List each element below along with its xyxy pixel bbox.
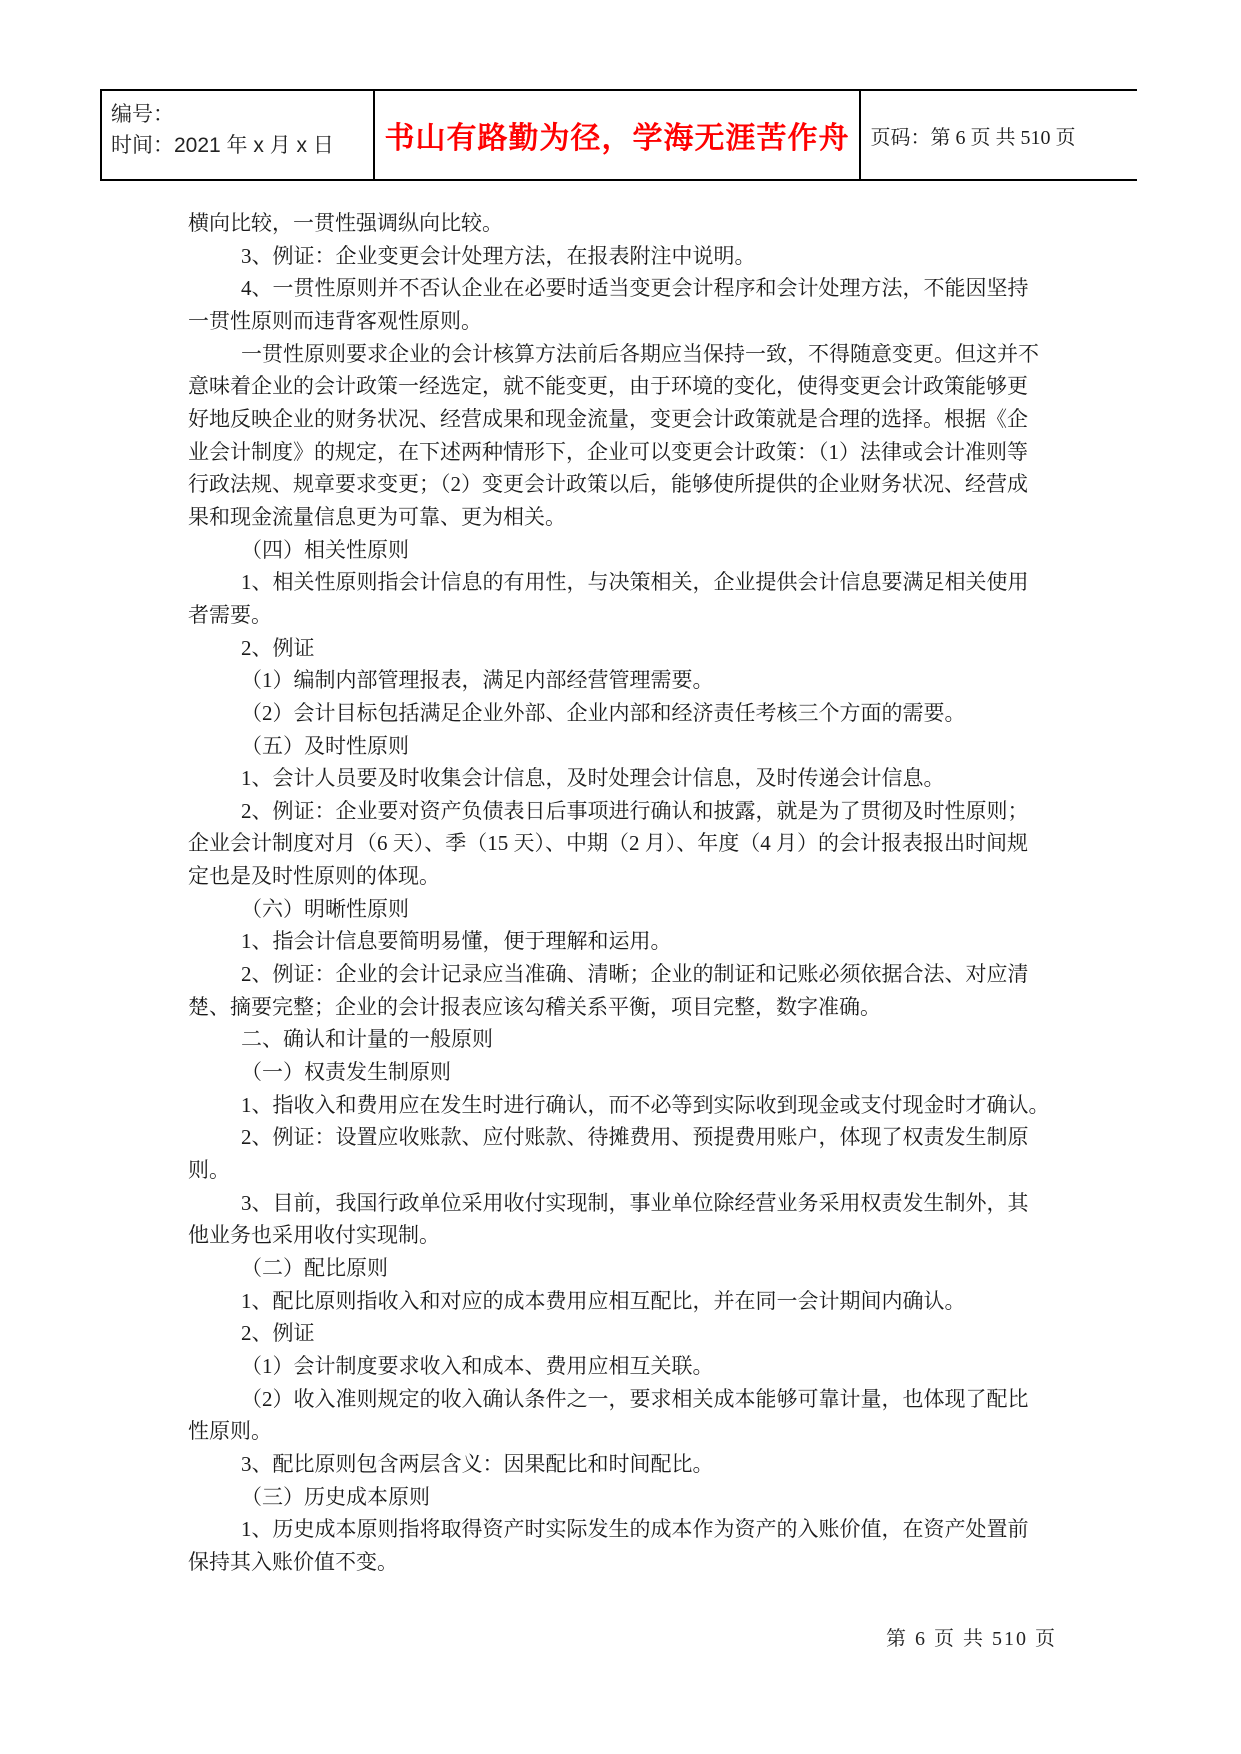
body-line: 1、指会计信息要简明易懂，便于理解和运用。 <box>188 925 1074 958</box>
body-line: 1、会计人员要及时收集会计信息，及时处理会计信息，及时传递会计信息。 <box>188 762 1074 795</box>
body-line: （五）及时性原则 <box>188 730 1074 763</box>
header-page-cell: 页码：第 6 页 共 510 页 <box>859 91 1137 179</box>
body-line: 一贯性原则要求企业的会计核算方法前后各期应当保持一致，不得随意变更。但这并不 <box>188 338 1074 371</box>
body-line: （二）配比原则 <box>188 1252 1074 1285</box>
body-line: 3、配比原则包含两层含义：因果配比和时间配比。 <box>188 1448 1074 1481</box>
body-line: 意味着企业的会计政策一经选定，就不能变更，由于环境的变化，使得变更会计政策能够更 <box>188 370 1074 403</box>
body-line: 性原则。 <box>188 1415 1074 1448</box>
body-line: 者需要。 <box>188 599 1074 632</box>
header-id-cell: 编号： 时间：2021 年 x 月 x 日 <box>102 91 373 179</box>
body-line: 企业会计制度对月（6 天）、季（15 天）、中期（2 月）、年度（4 月）的会计… <box>188 827 1074 860</box>
body-line: 保持其入账价值不变。 <box>188 1546 1074 1579</box>
body-line: （一）权责发生制原则 <box>188 1056 1074 1089</box>
body-line: 3、目前，我国行政单位采用收付实现制，事业单位除经营业务采用权责发生制外，其 <box>188 1187 1074 1220</box>
body-line: 果和现金流量信息更为可靠、更为相关。 <box>188 501 1074 534</box>
document-page: { "header": { "slogan_color": "#fe0000",… <box>0 0 1241 1754</box>
page-number-label: 页码：第 6 页 共 510 页 <box>871 121 1076 150</box>
header-slogan-cell: 书山有路勤为径，学海无涯苦作舟 <box>373 91 858 179</box>
body-line: 二、确认和计量的一般原则 <box>188 1023 1074 1056</box>
body-line: 业会计制度》的规定，在下述两种情形下，企业可以变更会计政策：（1）法律或会计准则… <box>188 436 1074 469</box>
body-line: 他业务也采用收付实现制。 <box>188 1219 1074 1252</box>
body-line: 一贯性原则而违背客观性原则。 <box>188 305 1074 338</box>
body-line: （2）收入准则规定的收入确认条件之一，要求相关成本能够可靠计量，也体现了配比 <box>188 1383 1074 1416</box>
body-line: 4、一贯性原则并不否认企业在必要时适当变更会计程序和会计处理方法，不能因坚持 <box>188 272 1074 305</box>
body-line: （2）会计目标包括满足企业外部、企业内部和经济责任考核三个方面的需要。 <box>188 697 1074 730</box>
body-line: （三）历史成本原则 <box>188 1481 1074 1514</box>
body-line: 横向比较，一贯性强调纵向比较。 <box>188 207 1074 240</box>
body-line: 1、指收入和费用应在发生时进行确认，而不必等到实际收到现金或支付现金时才确认。 <box>188 1089 1074 1122</box>
body-line: 1、历史成本原则指将取得资产时实际发生的成本作为资产的入账价值，在资产处置前 <box>188 1513 1074 1546</box>
body-line: 3、例证：企业变更会计处理方法，在报表附注中说明。 <box>188 240 1074 273</box>
body-line: 则。 <box>188 1154 1074 1187</box>
body-line: 2、例证 <box>188 632 1074 665</box>
body-line: 定也是及时性原则的体现。 <box>188 860 1074 893</box>
body-line: （四）相关性原则 <box>188 534 1074 567</box>
body-line: 2、例证：设置应收账款、应付账款、待摊费用、预提费用账户，体现了权责发生制原 <box>188 1121 1074 1154</box>
body-line: （1）编制内部管理报表，满足内部经营管理需要。 <box>188 664 1074 697</box>
footer-page-number: 第 6 页 共 510 页 <box>188 1622 1057 1651</box>
body-line: 1、相关性原则指会计信息的有用性，与决策相关，企业提供会计信息要满足相关使用 <box>188 566 1074 599</box>
header-table: 编号： 时间：2021 年 x 月 x 日 书山有路勤为径，学海无涯苦作舟 页码… <box>100 89 1137 181</box>
body-line: 2、例证 <box>188 1317 1074 1350</box>
document-body: 横向比较，一贯性强调纵向比较。3、例证：企业变更会计处理方法，在报表附注中说明。… <box>188 207 1074 1579</box>
body-line: 1、配比原则指收入和对应的成本费用应相互配比，并在同一会计期间内确认。 <box>188 1285 1074 1318</box>
body-line: 2、例证：企业要对资产负债表日后事项进行确认和披露，就是为了贯彻及时性原则； <box>188 795 1074 828</box>
body-line: （1）会计制度要求收入和成本、费用应相互关联。 <box>188 1350 1074 1383</box>
body-line: （六）明晰性原则 <box>188 893 1074 926</box>
doc-number-label: 编号： <box>111 99 373 130</box>
doc-date-label: 时间：2021 年 x 月 x 日 <box>111 130 373 161</box>
body-line: 楚、摘要完整；企业的会计报表应该勾稽关系平衡，项目完整，数字准确。 <box>188 991 1074 1024</box>
body-line: 2、例证：企业的会计记录应当准确、清晰；企业的制证和记账必须依据合法、对应清 <box>188 958 1074 991</box>
body-line: 行政法规、规章要求变更；（2）变更会计政策以后，能够使所提供的企业财务状况、经营… <box>188 468 1074 501</box>
body-line: 好地反映企业的财务状况、经营成果和现金流量，变更会计政策就是合理的选择。根据《企 <box>188 403 1074 436</box>
slogan-text: 书山有路勤为径，学海无涯苦作舟 <box>385 113 850 157</box>
